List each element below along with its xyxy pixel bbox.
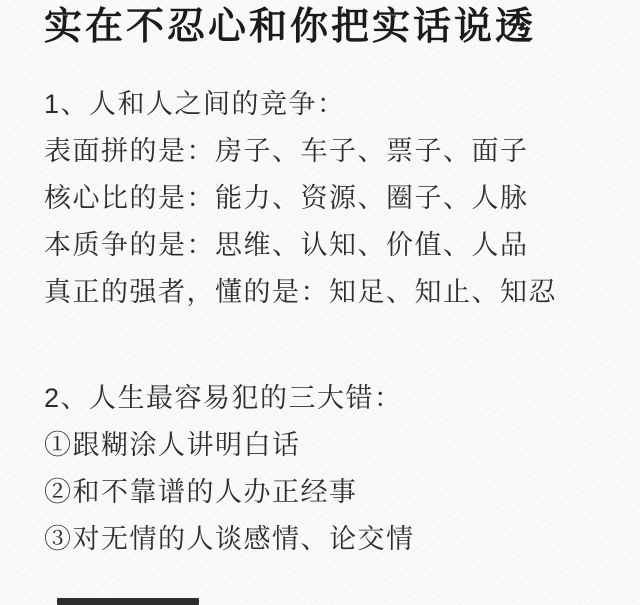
section-1-heading: 1、人和人之间的竞争： xyxy=(44,81,640,128)
section-2-item-3: ③对无情的人谈感情、论交情 xyxy=(44,516,640,563)
text-card: 实在不忍心和你把实话说透 1、人和人之间的竞争： 表面拼的是：房子、车子、票子、… xyxy=(0,0,640,605)
section-mistakes: 2、人生最容易犯的三大错： ①跟糊涂人讲明白话 ②和不靠谱的人办正经事 ③对无情… xyxy=(0,375,640,563)
section-2-item-1: ①跟糊涂人讲明白话 xyxy=(44,422,640,469)
section-1-line-essence: 本质争的是：思维、认知、价值、人品 xyxy=(44,222,640,269)
section-2-heading: 2、人生最容易犯的三大错： xyxy=(44,375,640,422)
section-1-line-strong: 真正的强者，懂的是：知足、知止、知忍 xyxy=(44,269,640,316)
page-title: 实在不忍心和你把实话说透 xyxy=(0,0,640,51)
section-2-item-2: ②和不靠谱的人办正经事 xyxy=(44,469,640,516)
cutoff-next-line-artifact xyxy=(57,598,199,605)
section-competition: 1、人和人之间的竞争： 表面拼的是：房子、车子、票子、面子 核心比的是：能力、资… xyxy=(0,81,640,316)
section-1-line-surface: 表面拼的是：房子、车子、票子、面子 xyxy=(44,128,640,175)
section-1-line-core: 核心比的是：能力、资源、圈子、人脉 xyxy=(44,175,640,222)
